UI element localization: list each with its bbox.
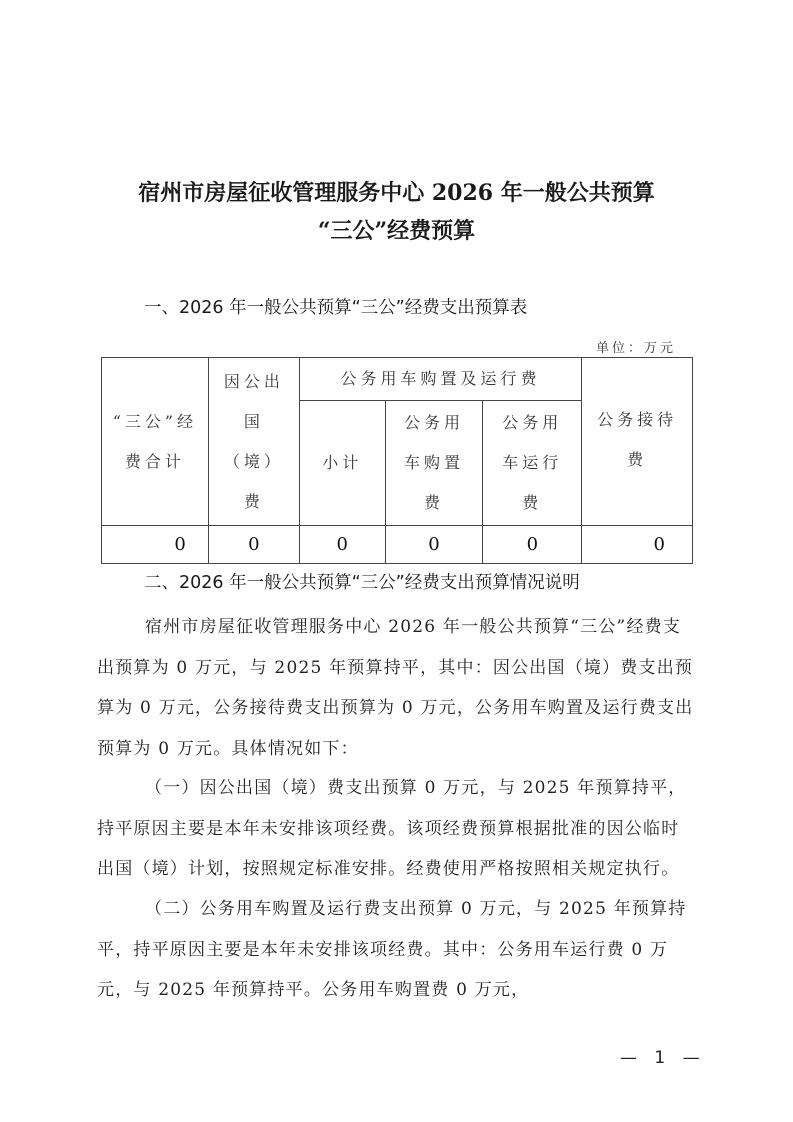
value-vehicle-subtotal: 0: [299, 526, 385, 564]
header-overseas: 因公出国（境）费: [208, 358, 299, 526]
value-reception: 0: [582, 526, 693, 564]
value-vehicle-purchase: 0: [385, 526, 483, 564]
header-vehicle-subtotal: 小计: [299, 401, 385, 526]
paragraph-overseas-text: （一）因公出国（境）费支出预算 0 万元，与 2025 年预算持平，持平原因主要…: [97, 778, 687, 879]
paragraph-vehicle-text: （二）公务用车购置及运行费支出预算 0 万元，与 2025 年预算持平，持平原因…: [97, 899, 687, 1000]
header-vehicle-operation: 公务用车运行费: [483, 401, 582, 526]
paragraph-summary-text: 宿州市房屋征收管理服务中心 2026 年一般公共预算“三公”经费支出预算为 0 …: [97, 617, 693, 759]
budget-table: “三公”经费合计 因公出国（境）费 公务用车购置及运行费 公务接待费 小计 公务…: [101, 357, 693, 564]
section2-heading: 二、2026 年一般公共预算“三公”经费支出预算情况说明: [144, 569, 580, 594]
page-number: — 1 —: [620, 1048, 706, 1068]
value-total: 0: [102, 526, 209, 564]
unit-label: 单位：万元: [596, 337, 676, 356]
document-title-line1: 宿州市房屋征收管理服务中心 2026 年一般公共预算: [0, 176, 793, 207]
header-vehicle-group: 公务用车购置及运行费: [299, 358, 581, 401]
header-vehicle-purchase: 公务用车购置费: [385, 401, 483, 526]
paragraph-summary: 宿州市房屋征收管理服务中心 2026 年一般公共预算“三公”经费支出预算为 0 …: [97, 607, 697, 769]
document-title-line2: “三公”经费预算: [0, 214, 793, 245]
value-vehicle-operation: 0: [483, 526, 582, 564]
header-total: “三公”经费合计: [102, 358, 209, 526]
paragraph-overseas: （一）因公出国（境）费支出预算 0 万元，与 2025 年预算持平，持平原因主要…: [97, 768, 697, 890]
header-reception: 公务接待费: [582, 358, 693, 526]
paragraph-vehicle: （二）公务用车购置及运行费支出预算 0 万元，与 2025 年预算持平，持平原因…: [97, 889, 697, 1011]
value-overseas: 0: [208, 526, 299, 564]
section1-heading: 一、2026 年一般公共预算“三公”经费支出预算表: [144, 294, 527, 319]
